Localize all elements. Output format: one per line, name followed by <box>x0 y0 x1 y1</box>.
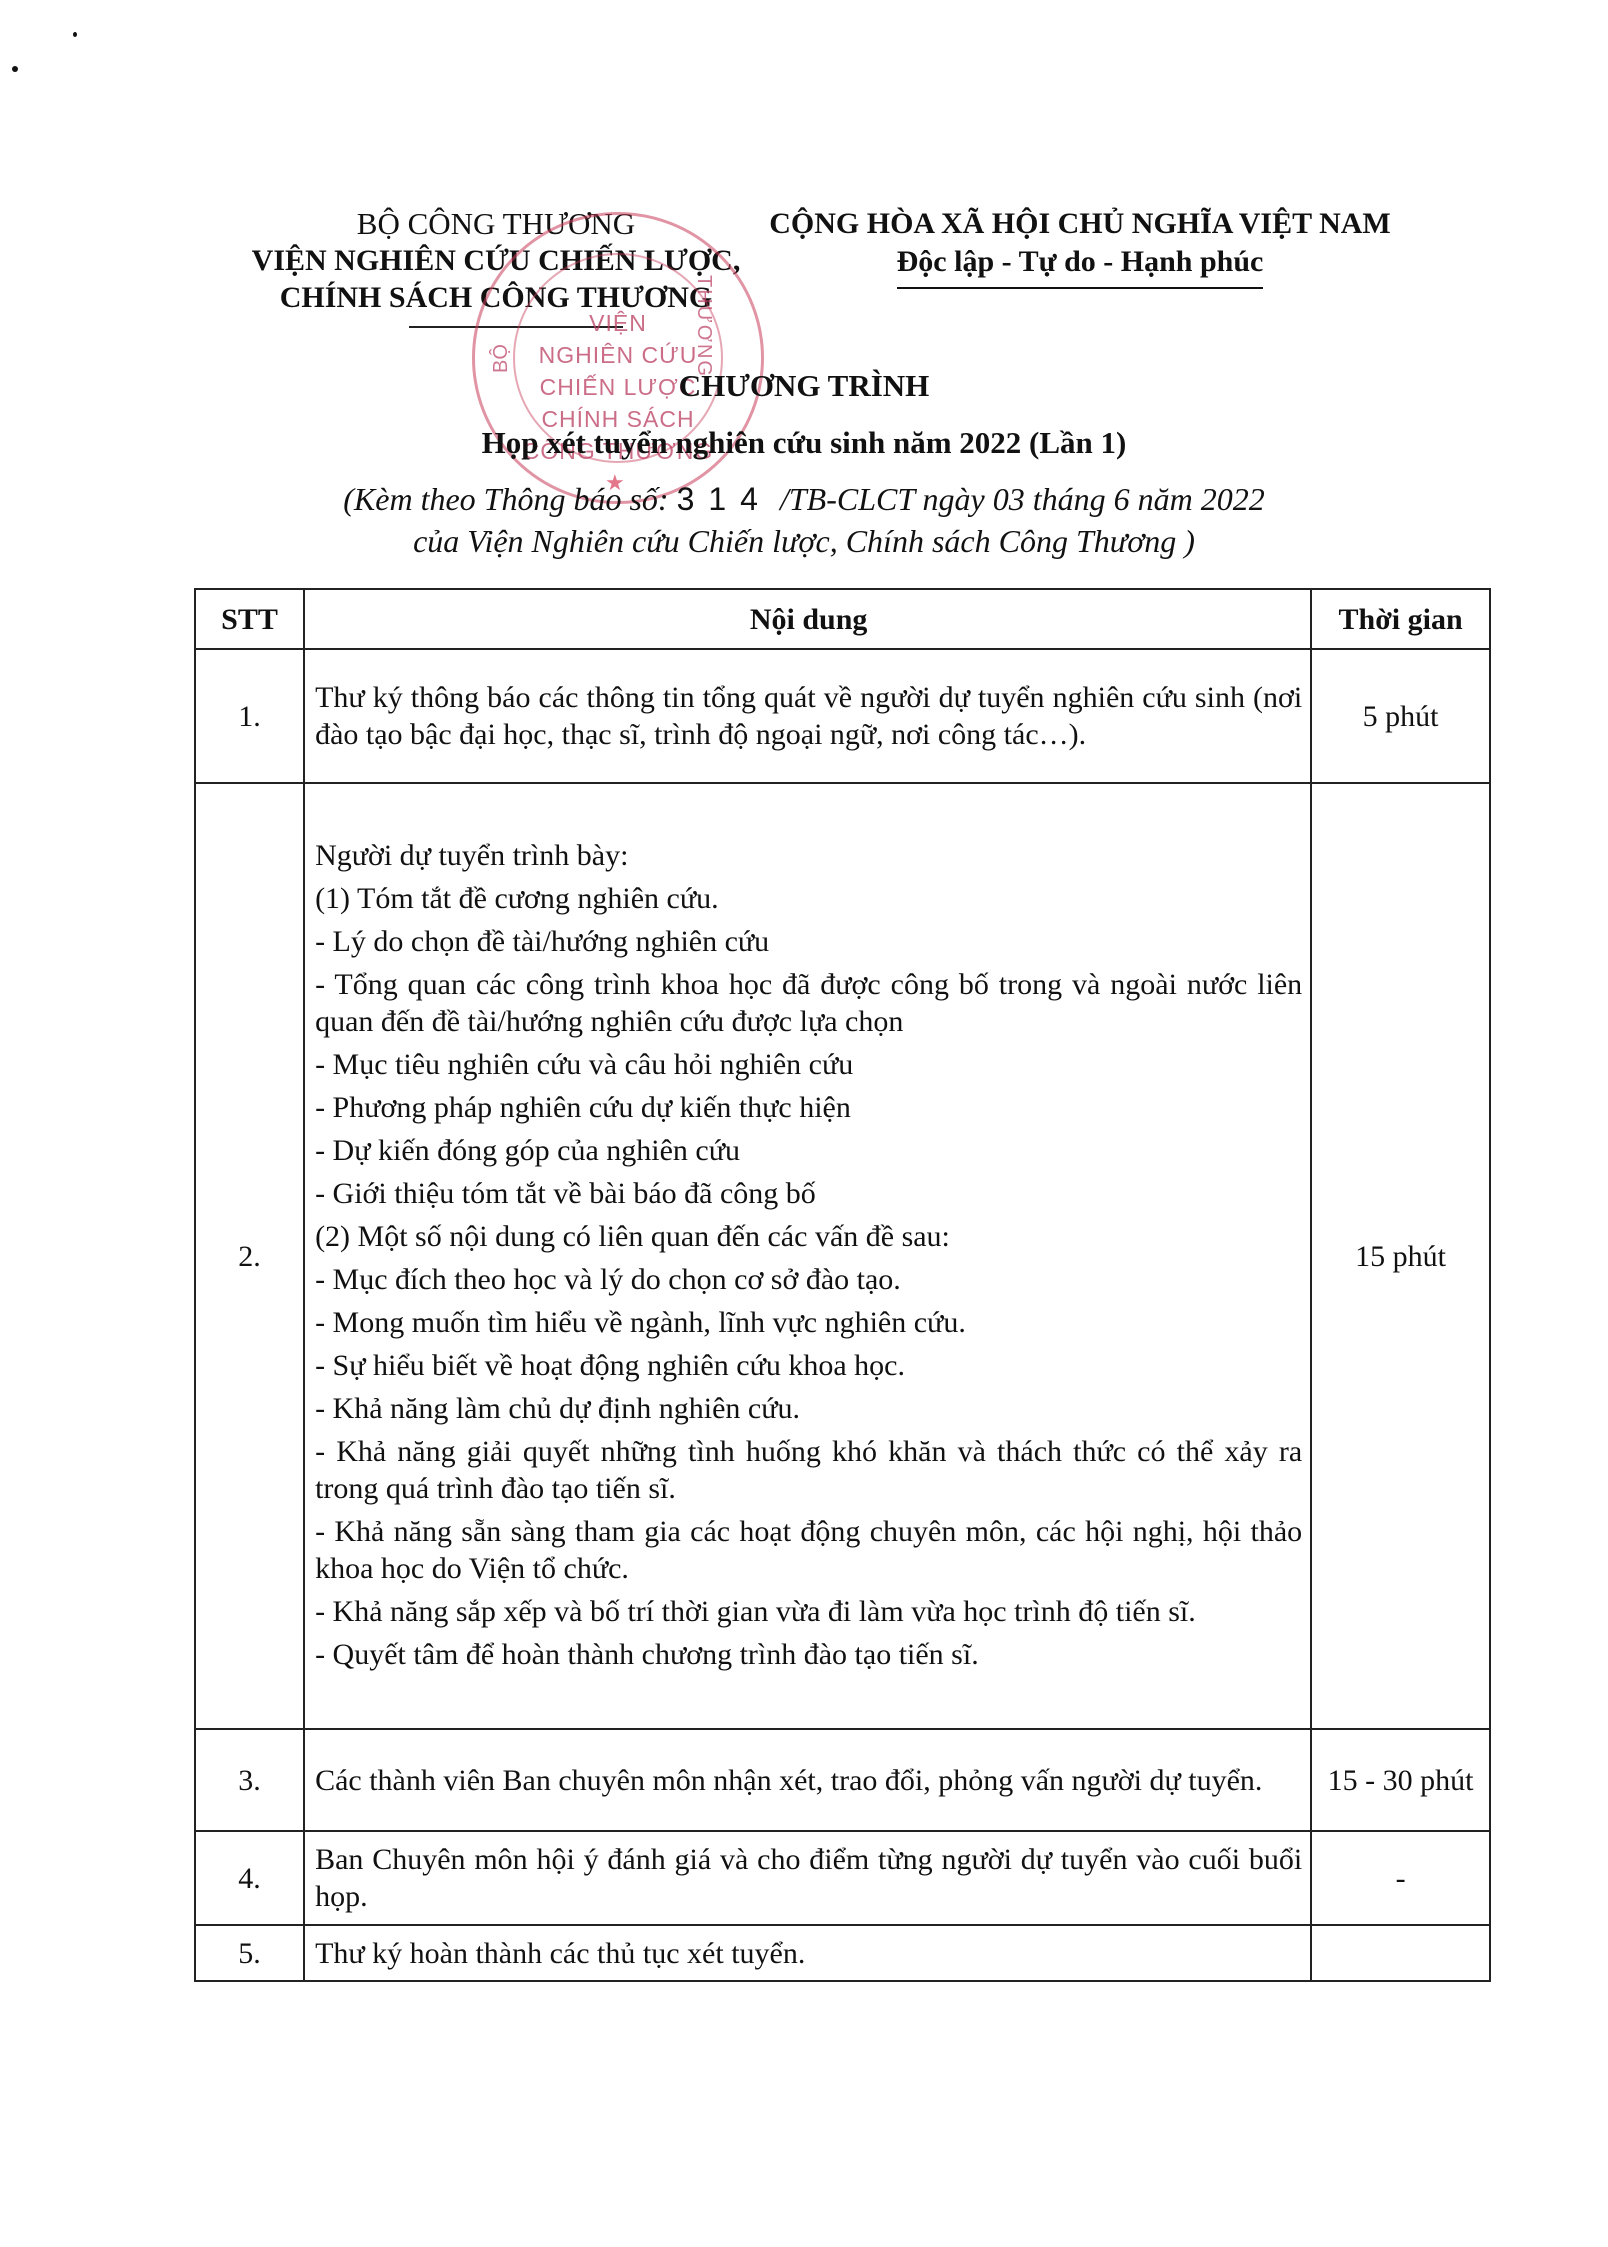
content-line: (2) Một số nội dung có liên quan đến các… <box>315 1218 1302 1255</box>
document-title: CHƯƠNG TRÌNH <box>0 368 1608 404</box>
nation-name: CỘNG HÒA XÃ HỘI CHỦ NGHĨA VIỆT NAM <box>740 205 1420 243</box>
row-number: 4. <box>195 1831 304 1925</box>
row-duration: 15 - 30 phút <box>1311 1729 1490 1831</box>
table-header-row: STT Nội dung Thời gian <box>195 589 1490 649</box>
program-table: STT Nội dung Thời gian 1.Thư ký thông bá… <box>194 588 1491 1982</box>
row-content: Thư ký thông báo các thông tin tổng quát… <box>304 649 1311 783</box>
row-content: Người dự tuyển trình bày:(1) Tóm tắt đề … <box>304 783 1311 1729</box>
content-line: Người dự tuyển trình bày: <box>315 837 1302 874</box>
content-line: - Khả năng giải quyết những tình huống k… <box>315 1433 1302 1507</box>
content-line: Thư ký thông báo các thông tin tổng quát… <box>315 679 1302 753</box>
table-row: 3.Các thành viên Ban chuyên môn nhận xét… <box>195 1729 1490 1831</box>
content-line: - Giới thiệu tóm tắt về bài báo đã công … <box>315 1175 1302 1212</box>
content-line: Ban Chuyên môn hội ý đánh giá và cho điể… <box>315 1841 1302 1915</box>
content-line: - Mong muốn tìm hiểu về ngành, lĩnh vực … <box>315 1304 1302 1341</box>
content-line: (1) Tóm tắt đề cương nghiên cứu. <box>315 880 1302 917</box>
header-content: Nội dung <box>304 589 1311 649</box>
header-stt: STT <box>195 589 304 649</box>
row-number: 2. <box>195 783 304 1729</box>
content-line: - Quyết tâm để hoàn thành chương trình đ… <box>315 1636 1302 1673</box>
reference-prefix: (Kèm theo Thông báo số: <box>343 481 676 517</box>
content-line: - Tổng quan các công trình khoa học đã đ… <box>315 966 1302 1040</box>
national-header: CỘNG HÒA XÃ HỘI CHỦ NGHĨA VIỆT NAM Độc l… <box>740 205 1420 289</box>
seal-side-text-right: THƯƠNG <box>692 275 715 378</box>
header-time: Thời gian <box>1311 589 1490 649</box>
content-line: Các thành viên Ban chuyên môn nhận xét, … <box>315 1762 1302 1799</box>
reference-issuer: của Viện Nghiên cứu Chiến lược, Chính sá… <box>0 520 1608 562</box>
row-number: 5. <box>195 1925 304 1981</box>
reference-number: 314 <box>677 481 772 517</box>
table-row: 2.Người dự tuyển trình bày:(1) Tóm tắt đ… <box>195 783 1490 1729</box>
row-duration: 15 phút <box>1311 783 1490 1729</box>
content-line: - Dự kiến đóng góp của nghiên cứu <box>315 1132 1302 1169</box>
row-duration: 5 phút <box>1311 649 1490 783</box>
table-row: 4.Ban Chuyên môn hội ý đánh giá và cho đ… <box>195 1831 1490 1925</box>
row-content: Các thành viên Ban chuyên môn nhận xét, … <box>304 1729 1311 1831</box>
row-duration <box>1311 1925 1490 1981</box>
content-line: - Phương pháp nghiên cứu dự kiến thực hi… <box>315 1089 1302 1126</box>
content-line: Thư ký hoàn thành các thủ tục xét tuyển. <box>315 1935 1302 1972</box>
content-line: - Khả năng làm chủ dự định nghiên cứu. <box>315 1390 1302 1427</box>
reference-suffix: /TB-CLCT ngày 03 tháng 6 năm 2022 <box>772 481 1265 517</box>
document-reference: (Kèm theo Thông báo số: 314 /TB-CLCT ngà… <box>0 478 1608 562</box>
content-line: - Lý do chọn đề tài/hướng nghiên cứu <box>315 923 1302 960</box>
row-content: Ban Chuyên môn hội ý đánh giá và cho điể… <box>304 1831 1311 1925</box>
national-motto: Độc lập - Tự do - Hạnh phúc <box>897 243 1264 289</box>
row-content: Thư ký hoàn thành các thủ tục xét tuyển. <box>304 1925 1311 1981</box>
row-number: 3. <box>195 1729 304 1831</box>
row-number: 1. <box>195 649 304 783</box>
table-row: 5.Thư ký hoàn thành các thủ tục xét tuyể… <box>195 1925 1490 1981</box>
content-line: - Khả năng sắp xếp và bố trí thời gian v… <box>315 1593 1302 1630</box>
table-row: 1.Thư ký thông báo các thông tin tổng qu… <box>195 649 1490 783</box>
content-line: - Sự hiểu biết về hoạt động nghiên cứu k… <box>315 1347 1302 1384</box>
ministry-name: BỘ CÔNG THƯƠNG <box>196 205 796 242</box>
row-duration: - <box>1311 1831 1490 1925</box>
content-line: - Khả năng sẵn sàng tham gia các hoạt độ… <box>315 1513 1302 1587</box>
content-line: - Mục đích theo học và lý do chọn cơ sở … <box>315 1261 1302 1298</box>
document-subtitle: Họp xét tuyển nghiên cứu sinh năm 2022 (… <box>0 425 1608 461</box>
scan-speck <box>12 66 18 72</box>
content-line: - Mục tiêu nghiên cứu và câu hỏi nghiên … <box>315 1046 1302 1083</box>
scan-speck <box>73 32 77 37</box>
